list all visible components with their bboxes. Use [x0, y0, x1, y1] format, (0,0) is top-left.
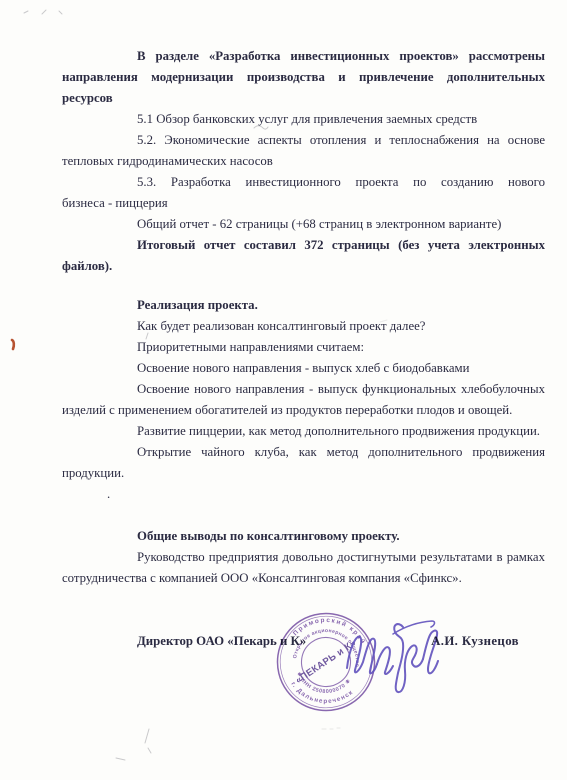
paragraph: Приоритетными направлениями считаем:	[62, 337, 545, 358]
signatory-role: Директор ОАО «Пекарь и К»	[62, 631, 306, 652]
text-line: ресурсов	[62, 88, 545, 109]
text-line: Приоритетными направлениями считаем:	[62, 337, 545, 358]
stamp-outer-ring-inner	[274, 610, 377, 713]
text-line: Итоговый отчет составил 372 страницы (бе…	[62, 235, 545, 256]
stamp-seal: Приморский край г. Дальнереченск Открыто…	[271, 607, 381, 717]
paragraph: Общий отчет - 62 страницы (+68 страниц в…	[62, 214, 545, 235]
text-line: В разделе «Разработка инвестиционных про…	[62, 46, 545, 67]
text-line: 5.3. Разработка инвестиционного проекта …	[62, 172, 545, 193]
text-line: Общий отчет - 62 страницы (+68 страниц в…	[62, 214, 545, 235]
paragraph: В разделе «Разработка инвестиционных про…	[62, 46, 545, 109]
paragraph: 5.3. Разработка инвестиционного проекта …	[62, 172, 545, 214]
paragraph: Руководство предприятия довольно достигн…	[62, 547, 545, 589]
paragraph: Итоговый отчет составил 372 страницы (бе…	[62, 235, 545, 277]
text-line: Руководство предприятия довольно достигн…	[62, 547, 545, 568]
text-line: направления модернизации производства и …	[62, 67, 545, 88]
paragraph: 5.1 Обзор банковских услуг для привлечен…	[62, 109, 545, 130]
red-ink-mark	[12, 340, 14, 349]
text-line: сотрудничества с компанией ООО «Консалти…	[62, 568, 545, 589]
text-line: .	[62, 484, 545, 505]
text-line: Как будет реализован консалтинговый прое…	[62, 316, 545, 337]
svg-text:г. Дальнереченск: г. Дальнереченск	[287, 680, 355, 709]
paragraph: Как будет реализован консалтинговый прое…	[62, 316, 545, 337]
paragraph: Освоение нового направления - выпуск фун…	[62, 379, 545, 421]
text-line: тепловых гидродинамических насосов	[62, 151, 545, 172]
document-page: В разделе «Разработка инвестиционных про…	[0, 0, 567, 780]
paragraph: Освоение нового направления - выпуск хле…	[62, 358, 545, 379]
text-line: бизнеса - пиццерия	[62, 193, 545, 214]
document-body: В разделе «Разработка инвестиционных про…	[62, 46, 545, 589]
text-line: файлов).	[62, 256, 545, 277]
text-line: Открытие чайного клуба, как метод дополн…	[62, 442, 545, 463]
section-heading: Общие выводы по консалтинговому проекту.	[62, 526, 545, 547]
paragraph: 5.2. Экономические аспекты отопления и т…	[62, 130, 545, 172]
text-line: Развитие пиццерии, как метод дополнитель…	[62, 421, 545, 442]
stamp-outer-ring	[271, 607, 381, 717]
paragraph: .	[62, 484, 545, 505]
stamp-inn-text: ✱ ИНН 2508000070 ✱	[293, 671, 353, 699]
text-line: изделий с применением обогатителей из пр…	[62, 400, 545, 421]
paragraph: Открытие чайного клуба, как метод дополн…	[62, 442, 545, 484]
text-line: 5.1 Обзор банковских услуг для привлечен…	[62, 109, 545, 130]
signatory-name: А.И. Кузнецов	[431, 631, 519, 652]
paragraph: Развитие пиццерии, как метод дополнитель…	[62, 421, 545, 442]
text-line: Освоение нового направления - выпуск фун…	[62, 379, 545, 400]
text-line: Реализация проекта.	[62, 295, 545, 316]
signature-block: Директор ОАО «Пекарь и К» А.И. Кузнецов	[62, 631, 545, 652]
section-heading: Реализация проекта.	[62, 295, 545, 316]
svg-text:✱ ИНН 2508000070 ✱: ✱ ИНН 2508000070 ✱	[293, 671, 353, 699]
text-line: Освоение нового направления - выпуск хле…	[62, 358, 545, 379]
text-line: 5.2. Экономические аспекты отопления и т…	[62, 130, 545, 151]
stamp-city-text: г. Дальнереченск	[287, 680, 355, 709]
text-line: продукции.	[62, 463, 545, 484]
text-line: Общие выводы по консалтинговому проекту.	[62, 526, 545, 547]
